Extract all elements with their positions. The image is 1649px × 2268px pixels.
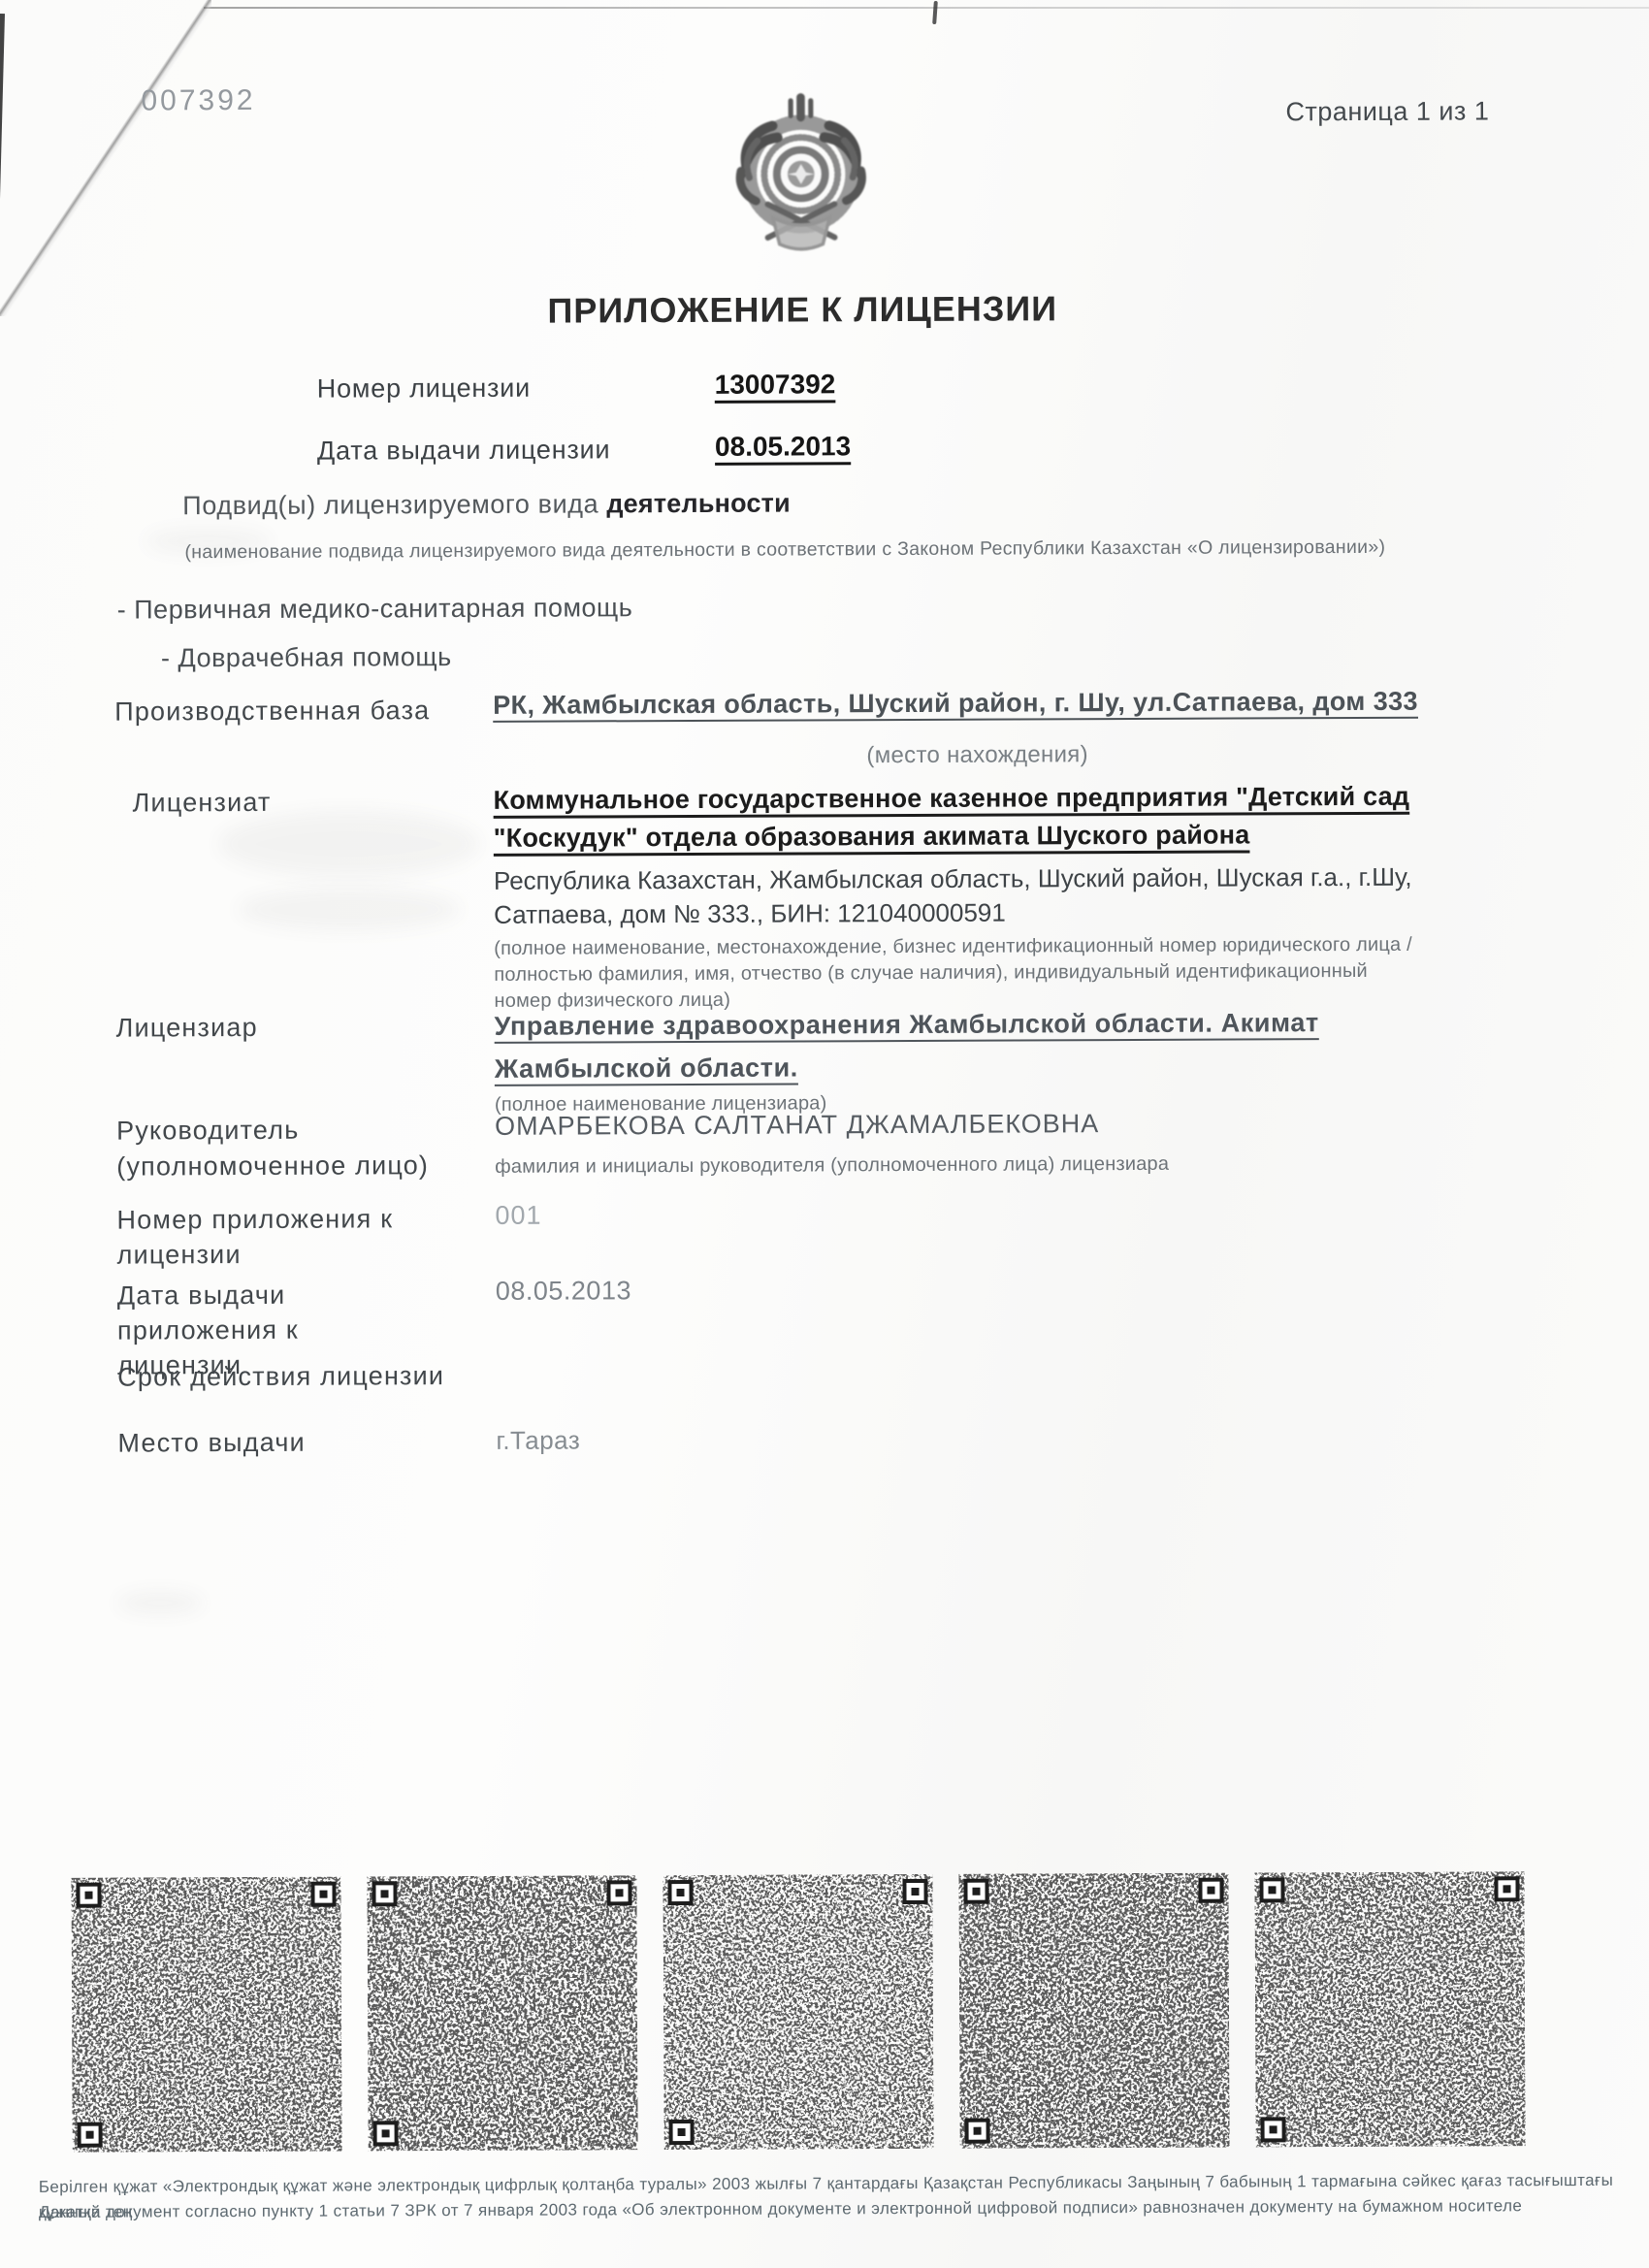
license-number-label: Номер лицензии <box>317 373 531 405</box>
serial-number: 007392 <box>141 84 255 118</box>
subtype-item: - Первичная медико-санитарная помощь <box>117 593 633 625</box>
subtype-heading-emphasis: деятельности <box>606 489 791 519</box>
licensee-label: Лицензиат <box>133 785 272 821</box>
licensee-details: Республика Казахстан, Жамбылская область… <box>494 860 1430 932</box>
validity-label: Срок действия лицензии <box>117 1358 444 1394</box>
license-date-value: 08.05.2013 <box>715 431 851 463</box>
barcode-block <box>71 1877 341 2153</box>
head-label-line1: Руководитель <box>116 1113 300 1149</box>
license-number-value: 13007392 <box>715 369 836 401</box>
head-note: фамилия и инициалы руководителя (уполном… <box>495 1150 1426 1181</box>
subtype-note: (наименование подвида лицензируемого вид… <box>184 534 1503 565</box>
barcode-block <box>663 1874 933 2150</box>
production-base-note: (место нахождения) <box>866 742 1088 768</box>
licensor-label: Лицензиар <box>116 1010 258 1046</box>
licensee-block: Коммунальное государственное казенное пр… <box>494 778 1431 1015</box>
scanned-license-appendix-page: 007392 Страница 1 из 1 ПРИЛОЖЕНИ <box>0 0 1649 2268</box>
licensor-block: Управление здравоохранения Жамбылской об… <box>495 1001 1422 1118</box>
appendix-number-label: Номер приложения к лицензии <box>116 1201 427 1272</box>
issue-place-label: Место выдачи <box>117 1425 306 1461</box>
production-base-value: РК, Жамбылская область, Шуский район, г.… <box>493 686 1521 721</box>
subtype-item: - Доврачебная помощь <box>161 642 452 673</box>
barcode-block <box>958 1873 1229 2149</box>
subtype-heading-main: Подвид(ы) лицензируемого вида <box>182 489 606 520</box>
kazakhstan-coat-of-arms-emblem <box>713 90 889 258</box>
head-value: ОМАРБЕКОВА САЛТАНАТ ДЖАМАЛБЕКОВНА <box>495 1109 1099 1142</box>
issue-place-value: г.Тараз <box>496 1425 580 1455</box>
head-label-line2: (уполномоченное лицо) <box>116 1148 429 1183</box>
barcode-block <box>1254 1871 1525 2147</box>
barcode-block <box>367 1875 637 2151</box>
production-base-label: Производственная база <box>114 693 430 729</box>
licensor-value: Управление здравоохранения Жамбылской об… <box>495 1001 1421 1090</box>
subtype-heading: Подвид(ы) лицензируемого вида деятельнос… <box>182 489 791 522</box>
appendix-number-value: 001 <box>495 1201 541 1231</box>
license-date-label: Дата выдачи лицензии <box>317 435 610 466</box>
page-indicator: Страница 1 из 1 <box>1285 96 1489 127</box>
appendix-date-value: 08.05.2013 <box>496 1276 631 1307</box>
page-title: ПРИЛОЖЕНИЕ К ЛИЦЕНЗИИ <box>547 288 1057 331</box>
licensee-name: Коммунальное государственное казенное пр… <box>494 778 1430 858</box>
